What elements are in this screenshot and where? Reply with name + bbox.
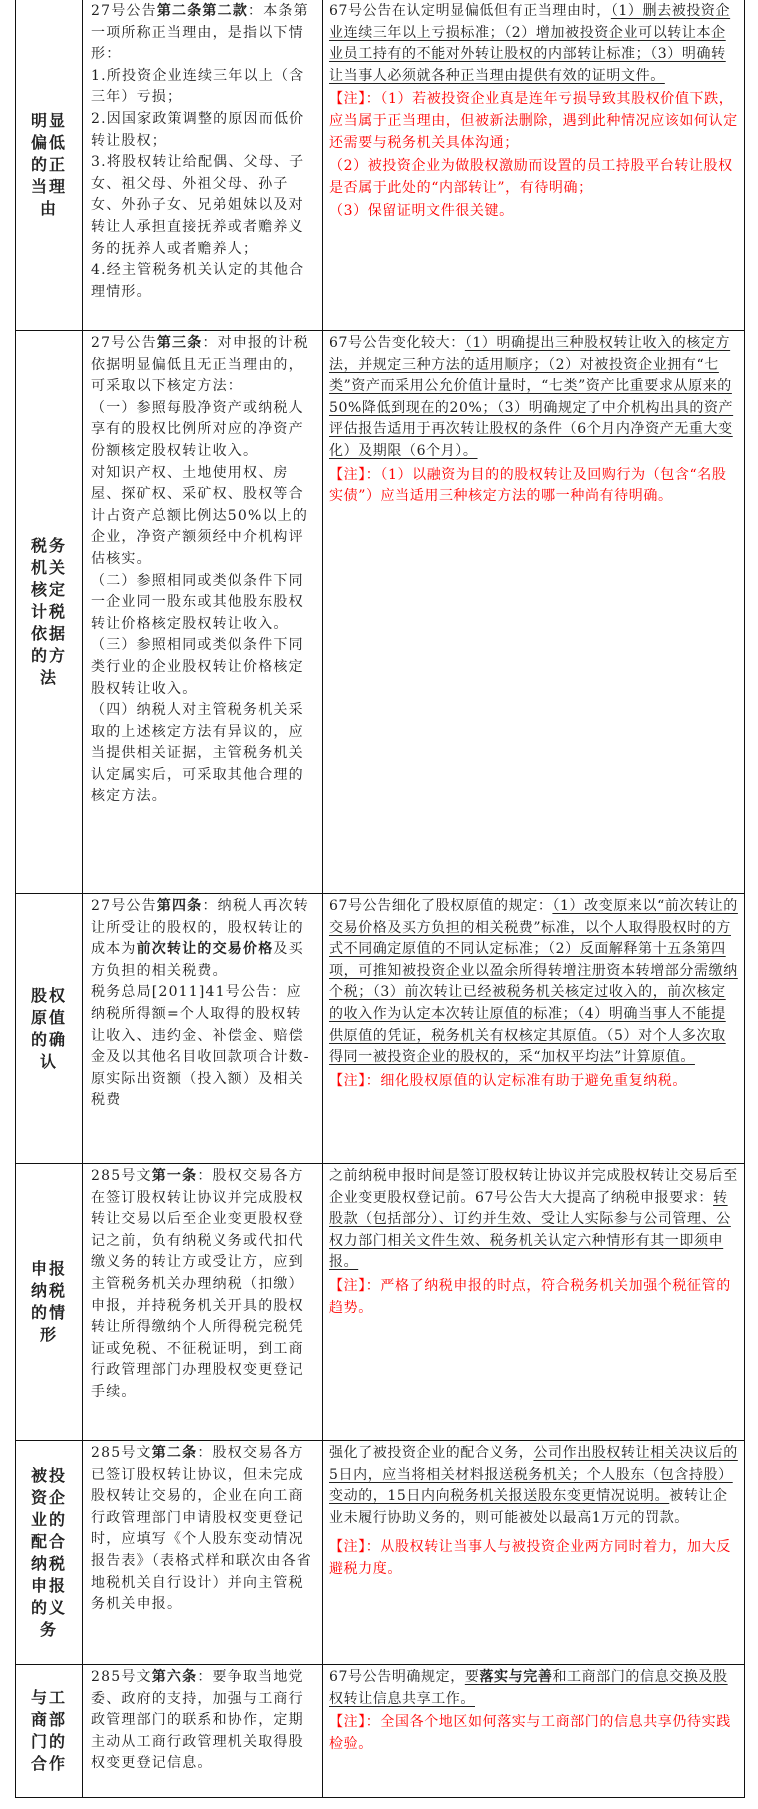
topic-label: 明显偏低的正当理由: [27, 110, 71, 220]
note: 【注】：从股权转让当事人与被投资企业两方同时着力，加大反避税力度。: [329, 1537, 739, 1580]
law-cell: 285号文第六条：要争取当地党委、政府的支持，加强与工商行政管理部门的联系和协作…: [83, 1665, 323, 1798]
law-intro: ：股权交易各方在签订股权转让协议并完成股权转让交易以后至企业变更股权登记之前，负…: [91, 1168, 304, 1400]
comment-key-changes: （1）明确提出三种股权转让收入的核定方法，并规定三种方法的适用顺序；（2）对被投…: [329, 335, 733, 459]
comment-lead: 强化了被投资企业的配合义务，: [329, 1445, 533, 1461]
law-item: （四）纳税人对主管税务机关采取的上述核定方法有异议的，应当提供相关证据，主管税务…: [91, 700, 316, 808]
law-item: 2.因国家政策调整的原因而低价转让股权；: [91, 109, 316, 152]
table-row: 被投资企业的配合纳税申报的义务 285号文第二条：股权交易各方已签订股权转让协议…: [16, 1441, 745, 1665]
note: 【注】：（1）若被投资企业真是连年亏损导致其股权价值下跌，应当属于正当理由，但被…: [329, 89, 739, 154]
table-row: 申报纳税的情形 285号文第一条：股权交易各方在签订股权转让协议并完成股权转让交…: [16, 1164, 745, 1441]
comment-emphasis: 落实与完善: [479, 1669, 552, 1685]
table-row: 与工商部门的合作 285号文第六条：要争取当地党委、政府的支持，加强与工商行政管…: [16, 1665, 745, 1798]
comment-lead: 之前纳税申报时间是签订股权转让协议并完成股权转让交易后至企业变更股权登记前。67…: [329, 1168, 738, 1206]
topic-label: 与工商部门的合作: [27, 1687, 71, 1775]
law-item: 对知识产权、土地使用权、房屋、探矿权、采矿权、股权等合计占资产总额比例达50%以…: [91, 463, 316, 571]
law-item: 4.经主管税务机关认定的其他合理情形。: [91, 260, 316, 303]
note: 【注】：细化股权原值的认定标准有助于避免重复纳税。: [329, 1071, 739, 1093]
comment-lead: 67号公告变化较大：: [329, 335, 465, 351]
law-article: 第四条: [157, 898, 203, 914]
law-item: （三）参照相同或类似条件下同类行业的企业股权转让价格核定股权转让收入。: [91, 635, 316, 700]
comment-cell: 67号公告明确规定，要落实与完善和工商部门的信息交换及股权转让信息共享工作。 【…: [323, 1665, 745, 1798]
comment-key-changes: （1）改变原来以“前次转让的交易价格及买方负担的相关税费”标准，以个人取得股权时…: [329, 898, 738, 1065]
comment-lead: 67号公告明确规定，: [329, 1669, 465, 1685]
law-item: 3.将股权转让给配偶、父母、子女、祖父母、外祖父母、孙子女、外孙子女、兄弟姐妹以…: [91, 152, 316, 260]
law-article: 第二条: [152, 1445, 198, 1461]
topic-label: 申报纳税的情形: [27, 1258, 71, 1346]
law-cell: 285号文第二条：股权交易各方已签订股权转让协议，但未完成股权转让交易的，企业在…: [83, 1441, 323, 1665]
topic-label: 被投资企业的配合纳税申报的义务: [27, 1465, 71, 1641]
note: （2）被投资企业为做股权激励而设置的员工持股平台转让股权是否属于此处的“内部转让…: [329, 156, 739, 199]
comment-key-prefix: 要: [465, 1669, 480, 1685]
note: 【注】：（1）以融资为目的的股权转让及回购行为（包含“名股实债”）应当适用三种核…: [329, 465, 739, 508]
note: 【注】：严格了纳税申报的时点，符合税务机关加强个税征管的趋势。: [329, 1276, 739, 1319]
law-source: 285号文: [91, 1445, 152, 1461]
law-article: 第三条: [157, 335, 203, 351]
law-source: 27号公告: [91, 335, 157, 351]
law-intro: ：股权交易各方已签订股权转让协议，但未完成股权转让交易的，企业在向工商行政管理部…: [91, 1445, 312, 1612]
law-source: 285号文: [91, 1669, 152, 1685]
law-source: 27号公告: [91, 898, 157, 914]
topic-cell: 被投资企业的配合纳税申报的义务: [16, 1441, 83, 1665]
law-item: （一）参照每股净资产或纳税人享有的股权比例所对应的净资产份额核定股权转让收入。: [91, 398, 316, 463]
comment-cell: 67号公告变化较大：（1）明确提出三种股权转让收入的核定方法，并规定三种方法的适…: [323, 331, 745, 894]
comment-cell: 67号公告细化了股权原值的规定：（1）改变原来以“前次转让的交易价格及买方负担的…: [323, 894, 745, 1164]
law-item: （二）参照相同或类似条件下同一企业同一股东或其他股东股权转让价格核定股权转让收入…: [91, 571, 316, 636]
law-item: 1.所投资企业连续三年以上（含三年）亏损；: [91, 66, 316, 109]
law-article: 第二条第二款: [157, 3, 248, 19]
table-row: 股权原值的确认 27号公告第四条：纳税人再次转让所受让的股权的，股权转让的成本为…: [16, 894, 745, 1164]
topic-cell: 与工商部门的合作: [16, 1665, 83, 1798]
law-article: 第六条: [152, 1669, 198, 1685]
law-item: 税务总局[2011]41号公告：应纳税所得额=个人取得的股权转让收入、违约金、补…: [91, 982, 316, 1112]
topic-label: 股权原值的确认: [27, 985, 71, 1073]
law-cell: 27号公告第二条第二款：本条第一项所称正当理由，是指以下情形： 1.所投资企业连…: [83, 0, 323, 331]
note: 【注】：全国各个地区如何落实与工商部门的信息共享仍待实践检验。: [329, 1712, 739, 1755]
law-cell: 27号公告第四条：纳税人再次转让所受让的股权的，股权转让的成本为前次转让的交易价…: [83, 894, 323, 1164]
topic-cell: 申报纳税的情形: [16, 1164, 83, 1441]
comment-cell: 强化了被投资企业的配合义务，公司作出股权转让相关决议后的5日内，应当将相关材料报…: [323, 1441, 745, 1665]
law-source: 285号文: [91, 1168, 152, 1184]
topic-cell: 税务机关核定计税依据的方法: [16, 331, 83, 894]
law-cell: 27号公告第三条：对申报的计税依据明显偏低且无正当理由的，可采取以下核定方法： …: [83, 331, 323, 894]
note: （3）保留证明文件很关键。: [329, 201, 739, 223]
comment-lead: 67号公告细化了股权原值的规定：: [329, 898, 552, 914]
table-row: 税务机关核定计税依据的方法 27号公告第三条：对申报的计税依据明显偏低且无正当理…: [16, 331, 745, 894]
law-emphasis: 前次转让的交易价格: [137, 941, 274, 957]
law-source: 27号公告: [91, 3, 157, 19]
law-article: 第一条: [152, 1168, 198, 1184]
topic-cell: 股权原值的确认: [16, 894, 83, 1164]
topic-cell: 明显偏低的正当理由: [16, 0, 83, 331]
comment-lead: 67号公告在认定明显偏低但有正当理由时，: [329, 3, 611, 19]
table-row: 明显偏低的正当理由 27号公告第二条第二款：本条第一项所称正当理由，是指以下情形…: [16, 0, 745, 331]
topic-label: 税务机关核定计税依据的方法: [27, 535, 71, 689]
comment-cell: 之前纳税申报时间是签订股权转让协议并完成股权转让交易后至企业变更股权登记前。67…: [323, 1164, 745, 1441]
law-cell: 285号文第一条：股权交易各方在签订股权转让协议并完成股权转让交易以后至企业变更…: [83, 1164, 323, 1441]
comment-cell: 67号公告在认定明显偏低但有正当理由时，（1）删去被投资企业连续三年以上亏损标准…: [323, 0, 745, 331]
comparison-table: 明显偏低的正当理由 27号公告第二条第二款：本条第一项所称正当理由，是指以下情形…: [15, 0, 745, 1798]
